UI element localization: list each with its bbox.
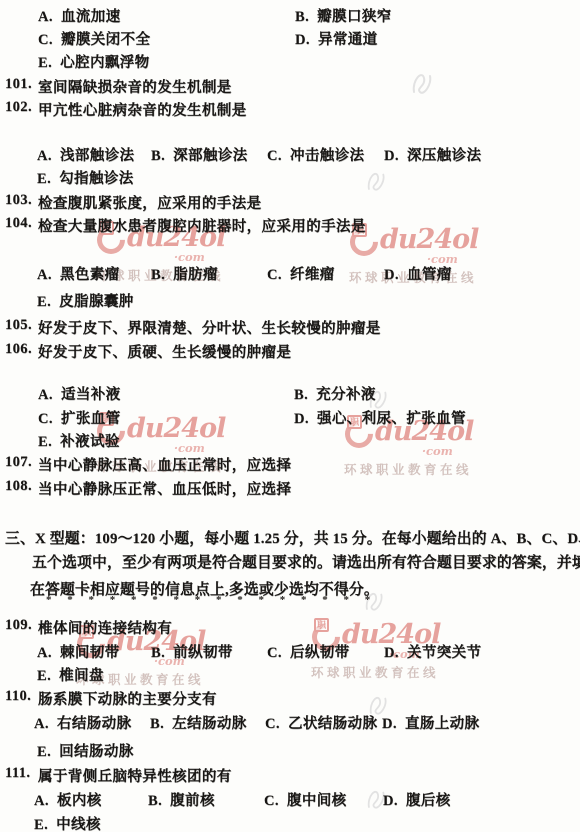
- question-line: 101.室间隔缺损杂音的发生机制是: [0, 76, 580, 96]
- question-line: 111.属于背侧丘脑特异性核团的有: [0, 765, 580, 785]
- option: B. 深部触诊法: [151, 144, 248, 165]
- option: E. 勾指触诊法: [37, 167, 134, 188]
- question-text: 肠系膜下动脉的主要分支有: [38, 688, 217, 709]
- option: C. 乙状结肠动脉: [265, 712, 377, 733]
- option: C. 扩张血管: [38, 407, 121, 428]
- option: A. 右结肠动脉: [34, 712, 131, 733]
- option: D. 关节突关节: [384, 641, 481, 662]
- question-number: 110.: [5, 688, 31, 705]
- option-row: C. 瓣膜关闭不全D. 异常通道: [0, 28, 580, 48]
- question-number: 108.: [5, 478, 32, 495]
- option: E. 回结肠动脉: [37, 740, 134, 761]
- option: B. 前纵韧带: [151, 641, 233, 662]
- option-row: E. 椎间盘: [0, 664, 580, 684]
- question-number: 102.: [5, 99, 32, 116]
- instruction-line: 三、X 型题：109～120 小题，每小题 1.25 分，共 15 分。在每小题…: [0, 527, 580, 547]
- question-number: 103.: [5, 192, 32, 209]
- question-text: 好发于皮下、质硬、生长缓慢的肿瘤是: [38, 341, 291, 362]
- scanned-exam-page: 职du24ol ·com 环球职业教育在线 职du24ol ·com 环球职业教…: [0, 0, 580, 832]
- option-row: A. 棘间韧带B. 前纵韧带C. 后纵韧带D. 关节突关节: [0, 641, 580, 661]
- question-line: 106.好发于皮下、质硬、生长缓慢的肿瘤是: [0, 341, 580, 361]
- question-line: 105.好发于皮下、界限清楚、分叶状、生长较慢的肿瘤是: [0, 317, 580, 337]
- option: A. 适当补液: [38, 383, 121, 404]
- option: C. 腹中间核: [264, 789, 347, 810]
- question-text: 检查大量腹水患者腹腔内脏器时，应采用的手法是: [38, 215, 366, 236]
- question-number: 101.: [5, 76, 32, 93]
- option-row: C. 扩张血管D. 强心、利尿、扩张血管: [0, 407, 580, 427]
- question-text: 检查腹肌紧张度，应采用的手法是: [38, 192, 262, 213]
- option-row: A. 板内核B. 腹前核C. 腹中间核D. 腹后核: [0, 789, 580, 809]
- question-line: 104.检查大量腹水患者腹腔内脏器时，应采用的手法是: [0, 215, 580, 235]
- option: D. 深压触诊法: [384, 144, 481, 165]
- question-number: 105.: [5, 317, 32, 334]
- option: D. 强心、利尿、扩张血管: [294, 407, 466, 428]
- question-line: 108.当中心静脉压正常、血压低时，应选择: [0, 478, 580, 498]
- instruction-line: 五个选项中，至少有两项是符合题目要求的。请选出所有符合题目要求的答案，并填涂: [0, 551, 580, 571]
- question-line: 110.肠系膜下动脉的主要分支有: [0, 688, 580, 708]
- option-row: E. 皮脂腺囊肿: [0, 290, 580, 310]
- section-instruction-text: 五个选项中，至少有两项是符合题目要求的。请选出所有符合题目要求的答案，并填涂: [32, 551, 580, 572]
- question-line: 107.当中心静脉压高、血压正常时，应选择: [0, 454, 580, 474]
- option-row: A. 浅部触诊法B. 深部触诊法C. 冲击触诊法D. 深压触诊法: [0, 144, 580, 164]
- question-text: 好发于皮下、界限清楚、分叶状、生长较慢的肿瘤是: [38, 317, 381, 338]
- question-number: 106.: [5, 341, 32, 358]
- question-text: 属于背侧丘脑特异性核团的有: [38, 765, 232, 786]
- question-line: 109.椎体间的连接结构有: [0, 617, 580, 637]
- option: A. 浅部触诊法: [37, 144, 134, 165]
- option: E. 中线核: [34, 813, 101, 832]
- option: C. 瓣膜关闭不全: [38, 28, 150, 49]
- emphasis-dots: * * * * * * * * * * * * * * * *: [46, 594, 377, 606]
- question-text: 甲亢性心脏病杂音的发生机制是: [38, 99, 247, 120]
- option: A. 血流加速: [38, 5, 121, 26]
- option: D. 异常通道: [295, 28, 378, 49]
- option: B. 脂肪瘤: [151, 263, 218, 284]
- option: C. 后纵韧带: [267, 641, 350, 662]
- option: C. 纤维瘤: [267, 263, 335, 284]
- option-row: E. 勾指触诊法: [0, 167, 580, 187]
- question-number: 107.: [5, 454, 32, 471]
- question-number: 111.: [5, 765, 30, 782]
- option-row: A. 血流加速B. 瓣膜口狭窄: [0, 5, 580, 25]
- option: A. 棘间韧带: [37, 641, 120, 662]
- option: D. 血管瘤: [384, 263, 452, 284]
- watermark-domain: ·com: [174, 252, 266, 263]
- option: A. 板内核: [34, 789, 102, 810]
- option: E. 心腔内飘浮物: [38, 51, 150, 72]
- question-number: 104.: [5, 215, 32, 232]
- option: B. 左结肠动脉: [150, 712, 247, 733]
- question-text: 椎体间的连接结构有: [38, 617, 172, 638]
- option-row: A. 适当补液B. 充分补液: [0, 383, 580, 403]
- option: D. 腹后核: [383, 789, 451, 810]
- option: E. 皮脂腺囊肿: [37, 290, 134, 311]
- option: E. 补液试验: [38, 430, 120, 451]
- option: B. 腹前核: [148, 789, 215, 810]
- question-line: 103.检查腹肌紧张度，应采用的手法是: [0, 192, 580, 212]
- option-row: E. 补液试验: [0, 430, 580, 450]
- question-line: 102.甲亢性心脏病杂音的发生机制是: [0, 99, 580, 119]
- question-text: 室间隔缺损杂音的发生机制是: [38, 76, 232, 97]
- question-text: 当中心静脉压高、血压正常时，应选择: [38, 454, 291, 475]
- option: E. 椎间盘: [37, 664, 104, 685]
- option-row: E. 心腔内飘浮物: [0, 51, 580, 71]
- option-row: A. 右结肠动脉B. 左结肠动脉C. 乙状结肠动脉D. 直肠上动脉: [0, 712, 580, 732]
- option: B. 充分补液: [294, 383, 376, 404]
- question-number: 109.: [5, 617, 32, 634]
- option-row: A. 黑色素瘤B. 脂肪瘤C. 纤维瘤D. 血管瘤: [0, 263, 580, 283]
- option-row: E. 回结肠动脉: [0, 740, 580, 760]
- option: A. 黑色素瘤: [37, 263, 120, 284]
- question-text: 当中心静脉压正常、血压低时，应选择: [38, 478, 291, 499]
- option: C. 冲击触诊法: [267, 144, 364, 165]
- option: D. 直肠上动脉: [382, 712, 479, 733]
- option-row: E. 中线核: [0, 813, 580, 832]
- section-instruction-text: 三、X 型题：109～120 小题，每小题 1.25 分，共 15 分。在每小题…: [5, 527, 580, 548]
- option: B. 瓣膜口狭窄: [295, 5, 392, 26]
